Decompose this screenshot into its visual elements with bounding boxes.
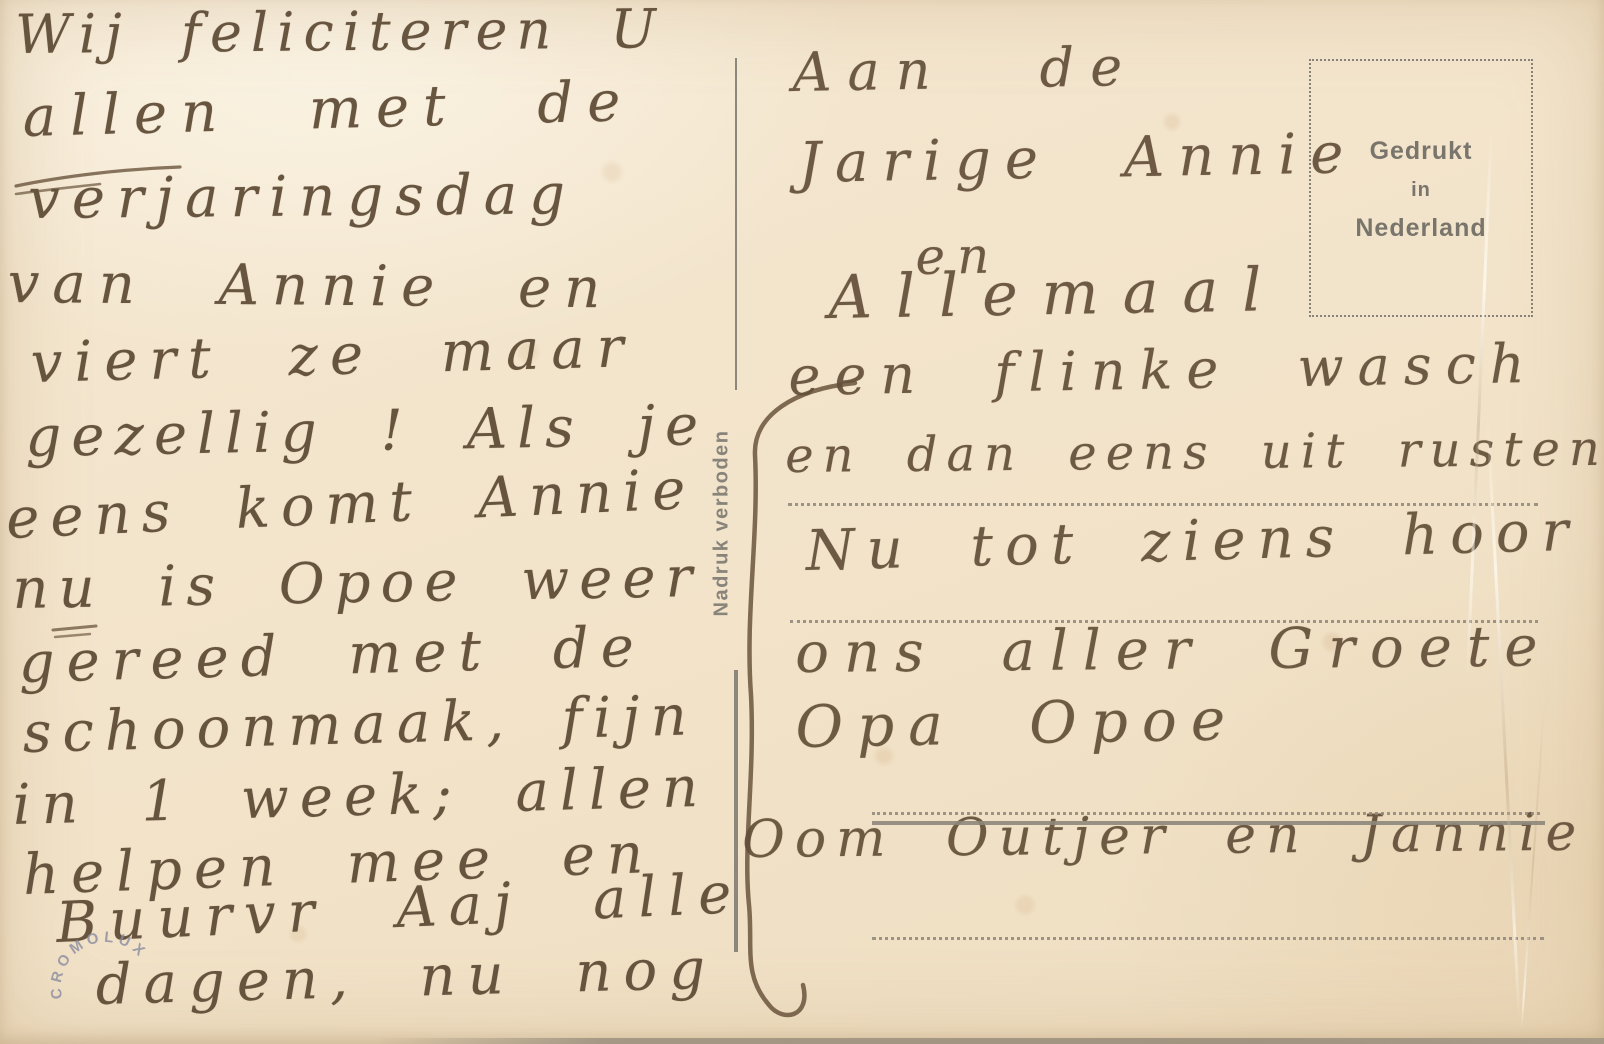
handwritten-line: schoonmaak, fijn xyxy=(22,688,698,762)
center-divider-top-line xyxy=(735,58,737,390)
handwritten-line: Nu tot ziens hoor ! xyxy=(805,501,1604,580)
handwritten-line: ons aller Groete xyxy=(795,619,1553,682)
stamp-box: Gedrukt in Nederland xyxy=(1309,59,1533,317)
stamp-box-line: Gedrukt xyxy=(1370,139,1473,164)
handwritten-line: Opa Opoe xyxy=(795,690,1240,756)
handwritten-line: eens komt Annie xyxy=(5,462,697,548)
handwritten-line: Wij feliciteren U xyxy=(15,2,665,62)
stamp-box-line: in xyxy=(1411,180,1431,200)
handwritten-line: een flinke wasch xyxy=(788,337,1539,404)
handwritten-line: van Annie en xyxy=(8,256,614,317)
address-dotted-line-1 xyxy=(788,503,1538,506)
handwritten-line: Jarige Annie xyxy=(798,126,1358,192)
handwritten-line: en dan eens uit rusten xyxy=(785,425,1604,480)
handwritten-line: allen met de xyxy=(22,74,635,146)
handwritten-line: Allemaal xyxy=(828,260,1286,328)
handwritten-line: dagen, nu nog xyxy=(95,942,718,1014)
address-dotted-line-3 xyxy=(872,812,1540,815)
signature-line: Oom Outjer en Jannie xyxy=(742,807,1587,866)
stamp-box-line: Nederland xyxy=(1355,216,1486,241)
address-dotted-line-2 xyxy=(790,620,1538,623)
cromolux-embossed-mark: CROMOLUX xyxy=(48,925,172,1020)
allen-underline-flourish xyxy=(12,158,187,200)
svg-text:CROMOLUX: CROMOLUX xyxy=(48,929,152,1000)
handwritten-line: gereed met de xyxy=(18,620,646,692)
handwritten-line: viert ze maar xyxy=(30,320,636,392)
address-dotted-line-4 xyxy=(872,937,1544,940)
handwritten-line: Aan de xyxy=(792,40,1139,100)
scan-bottom-edge xyxy=(378,1038,1604,1044)
postcard-back: Wij feliciteren U allen met de verjaring… xyxy=(0,0,1604,1044)
handwritten-line: gezellig ! Als je xyxy=(25,398,709,466)
paper-crease xyxy=(1520,700,1545,1029)
cromolux-text: CROMOLUX xyxy=(48,929,152,1000)
address-solid-line xyxy=(872,821,1545,825)
handwritten-line: nu is Opoe weer xyxy=(12,550,703,618)
gereed-emphasis-mark xyxy=(50,622,102,640)
